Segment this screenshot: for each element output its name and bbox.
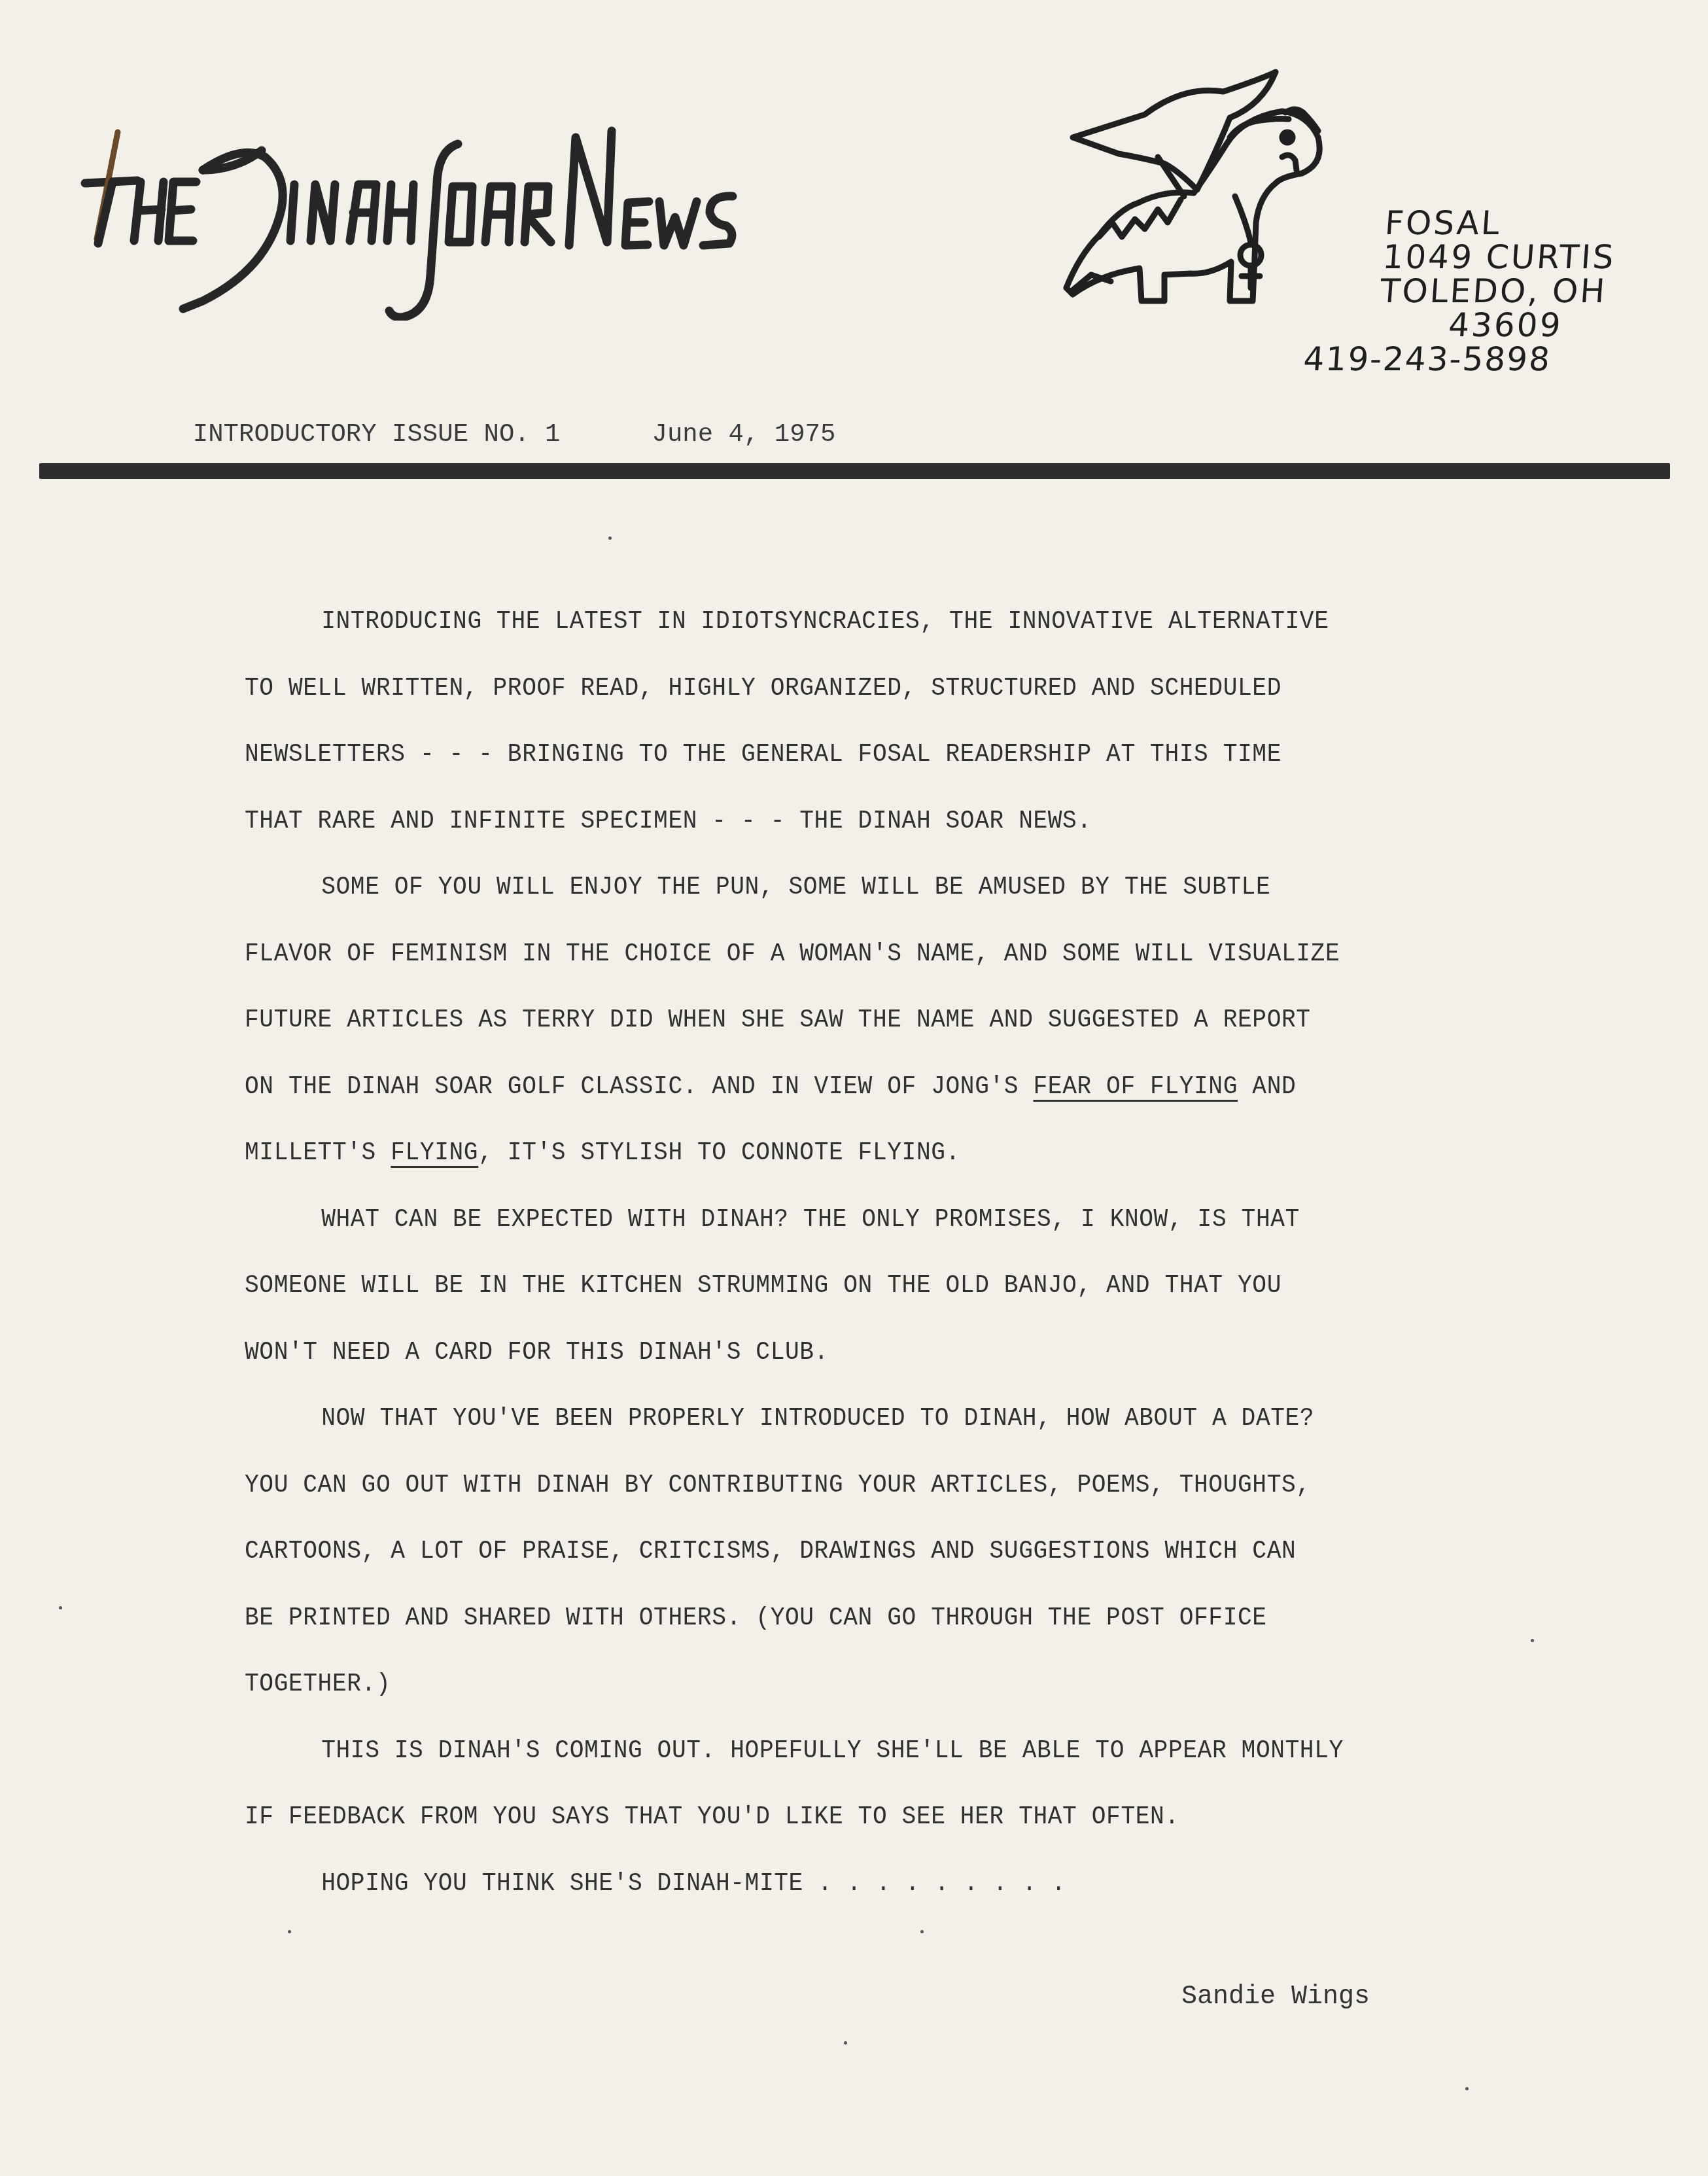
body-text-span: NEWSLETTERS - - - BRINGING TO THE GENERA…	[245, 740, 1281, 769]
signature: Sandie Wings	[1181, 1982, 1370, 2012]
body-text-span: THAT RARE AND INFINITE SPECIMEN - - - TH…	[245, 807, 1092, 835]
body-text-span: CARTOONS, A LOT OF PRAISE, CRITCISMS, DR…	[245, 1537, 1296, 1566]
body-line: TO WELL WRITTEN, PROOF READ, HIGHLY ORGA…	[245, 656, 1431, 722]
body-text-span: FUTURE ARTICLES AS TERRY DID WHEN SHE SA…	[245, 1006, 1311, 1034]
zip-code: 43609	[1377, 308, 1694, 342]
issue-date: June 4, 1975	[652, 420, 836, 449]
body-text-span: BE PRINTED AND SHARED WITH OTHERS. (YOU …	[245, 1604, 1267, 1632]
body-line: FUTURE ARTICLES AS TERRY DID WHEN SHE SA…	[245, 987, 1431, 1054]
body-line: WHAT CAN BE EXPECTED WITH DINAH? THE ONL…	[245, 1187, 1431, 1254]
masthead-title: THE DINAH SOAR NEWS	[72, 105, 1053, 321]
speck	[1531, 1639, 1534, 1642]
phone-number: 419-243-5898	[1302, 342, 1691, 376]
body-line: TOGETHER.)	[245, 1651, 1431, 1718]
body-text-span: ON THE DINAH SOAR GOLF CLASSIC. AND IN V…	[245, 1072, 1033, 1101]
body-line: CARTOONS, A LOT OF PRAISE, CRITCISMS, DR…	[245, 1518, 1431, 1585]
body-text-span: SOME OF YOU WILL ENJOY THE PUN, SOME WIL…	[321, 873, 1270, 902]
org-name: FOSAL	[1384, 206, 1700, 240]
body-line: FLAVOR OF FEMINISM IN THE CHOICE OF A WO…	[245, 921, 1431, 988]
body-text-span: WHAT CAN BE EXPECTED WITH DINAH? THE ONL…	[321, 1205, 1300, 1234]
speck	[288, 1930, 291, 1933]
speck	[1465, 2087, 1469, 2090]
body-line: INTRODUCING THE LATEST IN IDIOTSYNCRACIE…	[245, 589, 1431, 656]
speck	[608, 536, 612, 540]
body-line: MILLETT'S FLYING, IT'S STYLISH TO CONNOT…	[245, 1120, 1431, 1187]
body-line: YOU CAN GO OUT WITH DINAH BY CONTRIBUTIN…	[245, 1452, 1431, 1519]
underlined-title: FLYING	[391, 1138, 478, 1167]
header-rule	[39, 463, 1670, 479]
body-line: NOW THAT YOU'VE BEEN PROPERLY INTRODUCED…	[245, 1386, 1431, 1452]
address-block: FOSAL 1049 CURTIS TOLEDO, OH 43609 419-2…	[1374, 206, 1700, 376]
body-line: NEWSLETTERS - - - BRINGING TO THE GENERA…	[245, 722, 1431, 788]
body-line: WON'T NEED A CARD FOR THIS DINAH'S CLUB.	[245, 1320, 1431, 1386]
body-text-span: AND	[1238, 1072, 1296, 1101]
body-line: SOME OF YOU WILL ENJOY THE PUN, SOME WIL…	[245, 854, 1431, 921]
body-line: THAT RARE AND INFINITE SPECIMEN - - - TH…	[245, 788, 1431, 855]
speck	[844, 2041, 847, 2044]
city-state: TOLEDO, OH	[1379, 274, 1696, 308]
body-text-span: SOMEONE WILL BE IN THE KITCHEN STRUMMING…	[245, 1271, 1281, 1300]
underlined-title: FEAR OF FLYING	[1033, 1072, 1238, 1101]
body-text-span: IF FEEDBACK FROM YOU SAYS THAT YOU'D LIK…	[245, 1802, 1179, 1831]
body-text-span: TOGETHER.)	[245, 1670, 391, 1698]
body-line: ON THE DINAH SOAR GOLF CLASSIC. AND IN V…	[245, 1054, 1431, 1121]
body-text-span: HOPING YOU THINK SHE'S DINAH-MITE . . . …	[321, 1869, 1066, 1898]
body-line: THIS IS DINAH'S COMING OUT. HOPEFULLY SH…	[245, 1718, 1431, 1785]
body-text-span: INTRODUCING THE LATEST IN IDIOTSYNCRACIE…	[321, 607, 1329, 636]
body-text-span: MILLETT'S	[245, 1138, 391, 1167]
speck	[59, 1606, 62, 1609]
body-text-span: , IT'S STYLISH TO CONNOTE FLYING.	[478, 1138, 960, 1167]
body-line: BE PRINTED AND SHARED WITH OTHERS. (YOU …	[245, 1585, 1431, 1652]
body-text-span: YOU CAN GO OUT WITH DINAH BY CONTRIBUTIN…	[245, 1471, 1311, 1500]
body-line: IF FEEDBACK FROM YOU SAYS THAT YOU'D LIK…	[245, 1784, 1431, 1851]
body-text-span: TO WELL WRITTEN, PROOF READ, HIGHLY ORGA…	[245, 674, 1281, 703]
body-text-span: THIS IS DINAH'S COMING OUT. HOPEFULLY SH…	[321, 1736, 1344, 1765]
body-text-span: NOW THAT YOU'VE BEEN PROPERLY INTRODUCED…	[321, 1404, 1314, 1433]
issue-line: INTRODUCTORY ISSUE NO. 1June 4, 1975	[162, 391, 835, 449]
article-body: INTRODUCING THE LATEST IN IDIOTSYNCRACIE…	[245, 589, 1431, 1917]
body-line: SOMEONE WILL BE IN THE KITCHEN STRUMMING…	[245, 1253, 1431, 1320]
street-address: 1049 CURTIS	[1382, 240, 1698, 274]
body-text-span: FLAVOR OF FEMINISM IN THE CHOICE OF A WO…	[245, 939, 1340, 968]
speck	[920, 1930, 924, 1933]
issue-label: INTRODUCTORY ISSUE NO. 1	[193, 420, 561, 449]
body-line: HOPING YOU THINK SHE'S DINAH-MITE . . . …	[245, 1851, 1431, 1918]
body-text-span: WON'T NEED A CARD FOR THIS DINAH'S CLUB.	[245, 1338, 829, 1367]
